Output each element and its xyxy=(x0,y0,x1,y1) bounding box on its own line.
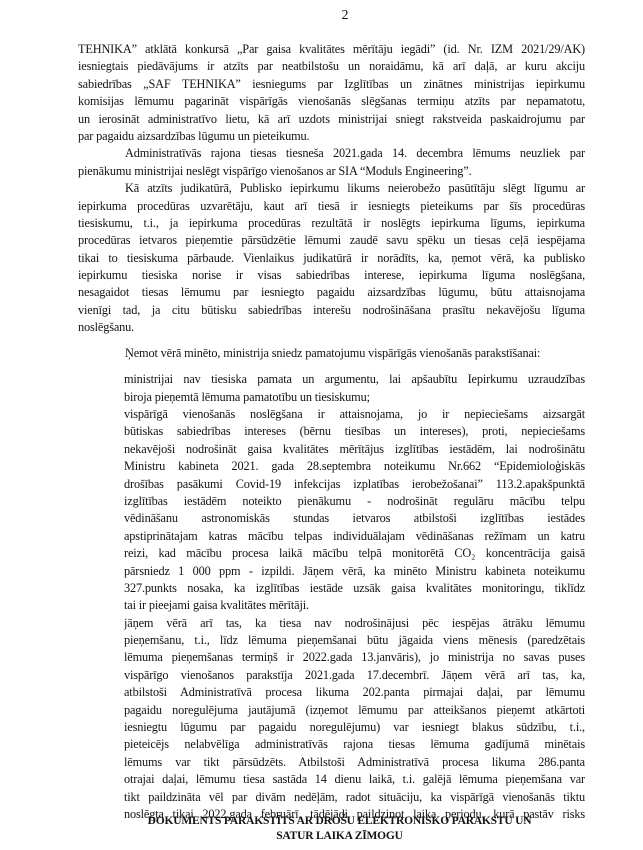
text-line: tikt paildzināta vēl par divām nedēļām, … xyxy=(124,789,585,806)
document-footer: DOKUMENTS PARAKSTĪTS AR DROŠU ELEKTRONIS… xyxy=(78,814,585,844)
text-line: otrajai daļai, lēmumu tiesa sastāda 14 d… xyxy=(124,771,585,788)
paragraph: TEHNIKA” atklātā konkursā „Par gaisa kva… xyxy=(78,41,585,145)
text-line: apstiprinātajam katras mācību telpas ind… xyxy=(124,528,585,545)
text-line: vēdināšanu astronomiskās stundas ietvaro… xyxy=(124,510,585,527)
text-line: reizi, kad mācību procesa laikā mācību t… xyxy=(124,545,585,562)
document-body: TEHNIKA” atklātā konkursā „Par gaisa kva… xyxy=(78,41,585,823)
text-line: atbilstoši Administratīvā procesa likuma… xyxy=(124,684,585,701)
text-line: pārsniedz 1 000 ppm - izpildi. Jāņem vēr… xyxy=(124,563,585,580)
text-line: biroja pieņemtā lēmuma pamatotību un tie… xyxy=(124,389,585,406)
document-page: 2 TEHNIKA” atklātā konkursā „Par gaisa k… xyxy=(0,0,643,850)
text-line: tikai to tiesiskuma pārbaude. Vienlaikus… xyxy=(78,250,585,267)
text-line: tai ir pieejami gaisa kvalitātes mērītāj… xyxy=(124,597,585,614)
text-line: komisijas lēmumu pagarināt vispārīgās vi… xyxy=(78,93,585,110)
footer-line-1: DOKUMENTS PARAKSTĪTS AR DROŠU ELEKTRONIS… xyxy=(94,814,585,829)
text-line: lēmuma pieņemšanas termiņš ir 2022.gada … xyxy=(124,649,585,666)
text-line: būtiskas sabiedrības intereses (bērnu ti… xyxy=(124,423,585,440)
text-line: iepirkuma procedūras uzvarētāju, kaut ar… xyxy=(78,198,585,215)
text-line: iesniegtu lūgumu par pagaidu noregulējum… xyxy=(124,719,585,736)
text-line: tiesiskumu, t.i., ja iepirkuma procedūra… xyxy=(78,215,585,232)
text-line: vispārīgā vienošanās noslēgšana ir attai… xyxy=(124,406,585,423)
page-number: 2 xyxy=(78,8,585,24)
text-line: nesagaidot tiesas lēmumu par iesniegto p… xyxy=(78,284,585,301)
text-line: Kā atzīts judikatūrā, Publisko iepirkumu… xyxy=(78,180,585,197)
list-item: jāņem vērā arī tas, ka tiesa nav nodroši… xyxy=(78,615,585,824)
text-line: pieteicējs nelabvēlīga administratīvās r… xyxy=(124,736,585,753)
text-line: jāņem vērā arī tas, ka tiesa nav nodroši… xyxy=(124,615,585,632)
text-line: izglītības iestādēm noteikto pienākumu -… xyxy=(124,493,585,510)
text-line: pagaidu noregulējuma jautājumā (izņemot … xyxy=(124,702,585,719)
text-line: Administratīvās rajona tiesas tiesneša 2… xyxy=(78,145,585,162)
text-line: nekavējoši nodrošināt gaisa kvalitātes m… xyxy=(124,441,585,458)
text-line: iesniegtais piedāvājums ir atzīts par ne… xyxy=(78,58,585,75)
text-line: vispārīgo vienošanos parakstīja 2021.gad… xyxy=(124,667,585,684)
text-line: TEHNIKA” atklātā konkursā „Par gaisa kva… xyxy=(78,41,585,58)
text-line: sabiedrības „SAF TEHNIKA” iesniegums par… xyxy=(78,76,585,93)
text-line: par pagaidu aizsardzības lūgumu un piete… xyxy=(78,128,585,145)
text-line: un ierosināt administratīvo lietu, kā ar… xyxy=(78,111,585,128)
text-line: procedūras ietvaros pieņemtie pārsūdzēti… xyxy=(78,232,585,249)
text-line: pienākumu ministrijai neslēgt vispārīgo … xyxy=(78,163,585,180)
text-line: iepirkumu tiesiska norise ir visas sabie… xyxy=(78,267,585,284)
text-line: noslēgšanu. xyxy=(78,319,585,336)
list-item: ministrijai nav tiesiska pamata un argum… xyxy=(78,371,585,406)
text-line: ministrijai nav tiesiska pamata un argum… xyxy=(124,371,585,388)
text-line: vienīgi tad, ja citu būtisku sabiedrības… xyxy=(78,302,585,319)
text-line: pieņemšanu, t.i., līdz lēmuma pieņemšana… xyxy=(124,632,585,649)
paragraph: Kā atzīts judikatūrā, Publisko iepirkumu… xyxy=(78,180,585,337)
text-line: Ministru kabineta 2021. gada 28.septembr… xyxy=(124,458,585,475)
paragraph: Administratīvās rajona tiesas tiesneša 2… xyxy=(78,145,585,180)
text-line: lēmums var tikt pārsūdzēts. Atbilstoši A… xyxy=(124,754,585,771)
paragraph: Ņemot vērā minēto, ministrija sniedz pam… xyxy=(78,345,585,362)
text-line: Ņemot vērā minēto, ministrija sniedz pam… xyxy=(78,345,585,362)
text-line: drošības pasākumi Covid-19 infekcijas iz… xyxy=(124,476,585,493)
footer-line-2: SATUR LAIKA ZĪMOGU xyxy=(94,829,585,844)
list-item: vispārīgā vienošanās noslēgšana ir attai… xyxy=(78,406,585,615)
text-line: 327.punkts nosaka, ka izglītības iestāde… xyxy=(124,580,585,597)
